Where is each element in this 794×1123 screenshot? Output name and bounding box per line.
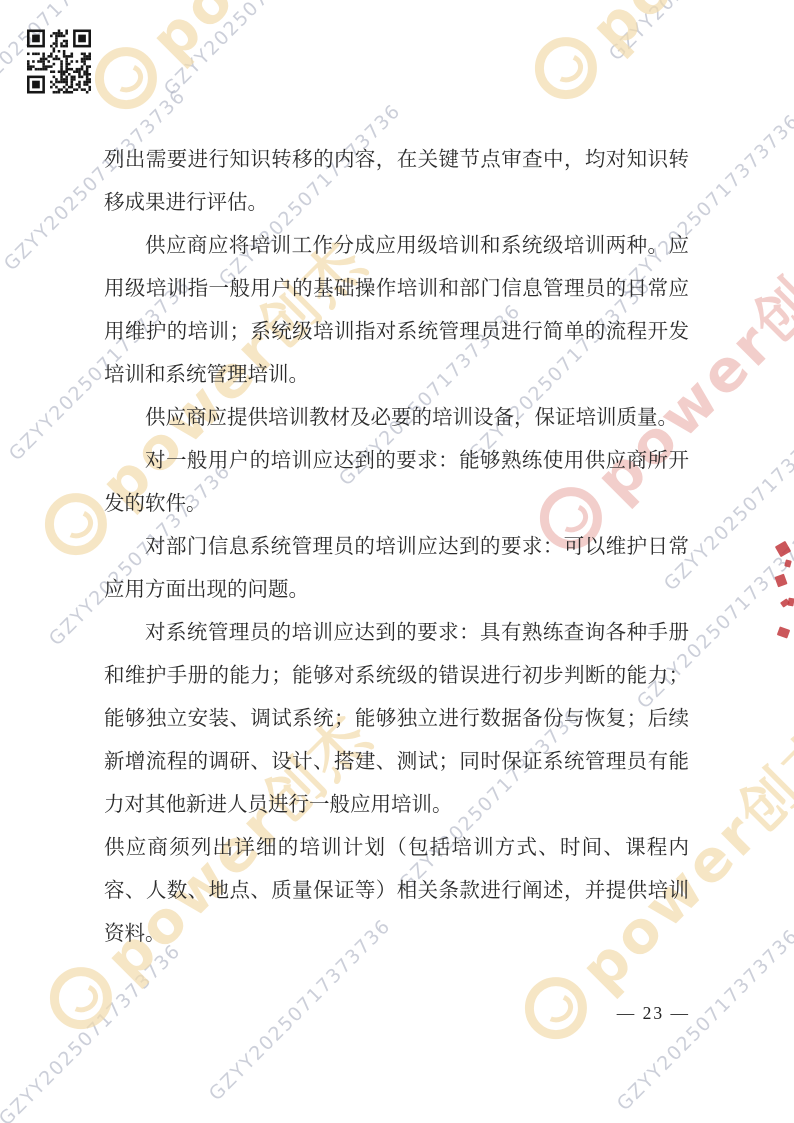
red-stamp-fragment	[787, 598, 794, 607]
watermark-logo: power创杰	[514, 0, 794, 120]
watermark-serial-text: GZYY20250717373736	[605, 0, 794, 65]
red-stamp-fragment	[777, 626, 790, 638]
paragraph-1: 列出需要进行知识转移的内容，在关键节点审查中，均对知识转移成果进行评估。	[104, 139, 689, 225]
paragraph-4: 对一般用户的培训应达到的要求：能够熟练使用供应商所开发的软件。	[104, 440, 689, 526]
qr-code	[27, 28, 91, 95]
logo-wordmark: power创杰	[568, 0, 794, 66]
red-stamp-fragment	[784, 559, 792, 567]
logo-ring-icon	[522, 24, 610, 112]
document-body: 列出需要进行知识转移的内容，在关键节点审查中，均对知识转移成果进行评估。供应商应…	[104, 139, 689, 956]
paragraph-3: 供应商应提供培训教材及必要的培训设备，保证培训质量。	[104, 397, 689, 440]
logo-ring-icon	[37, 954, 125, 1042]
paragraph-5: 对部门信息系统管理员的培训应达到的要求：可以维护日常应用方面出现的问题。	[104, 526, 689, 612]
watermark-serial-text: GZYY20250717373736	[0, 940, 185, 1123]
logo-wordmark: power创杰	[128, 0, 433, 76]
page-number: — 23 —	[617, 1003, 690, 1024]
red-stamp-fragment	[774, 574, 787, 588]
document-page: GZYY20250717373736GZYY20250717373736GZYY…	[0, 0, 794, 1123]
red-stamp-fragment	[780, 598, 790, 608]
watermark-serial-text: GZYY20250717373736	[160, 0, 350, 100]
logo-ring-icon	[512, 964, 600, 1052]
logo-ring-icon	[82, 34, 170, 122]
paragraph-2: 供应商应将培训工作分成应用级培训和系统级培训两种。应用级培训指一般用户的基础操作…	[104, 225, 689, 397]
paragraph-6: 对系统管理员的培训应达到的要求：具有熟练查询各种手册和维护手册的能力；能够对系统…	[104, 612, 689, 827]
watermark-logo: power创杰	[74, 0, 432, 130]
red-stamp-fragment	[775, 541, 791, 557]
paragraph-7: 供应商须列出详细的培训计划（包括培训方式、时间、课程内容、人数、地点、质量保证等…	[104, 827, 689, 956]
